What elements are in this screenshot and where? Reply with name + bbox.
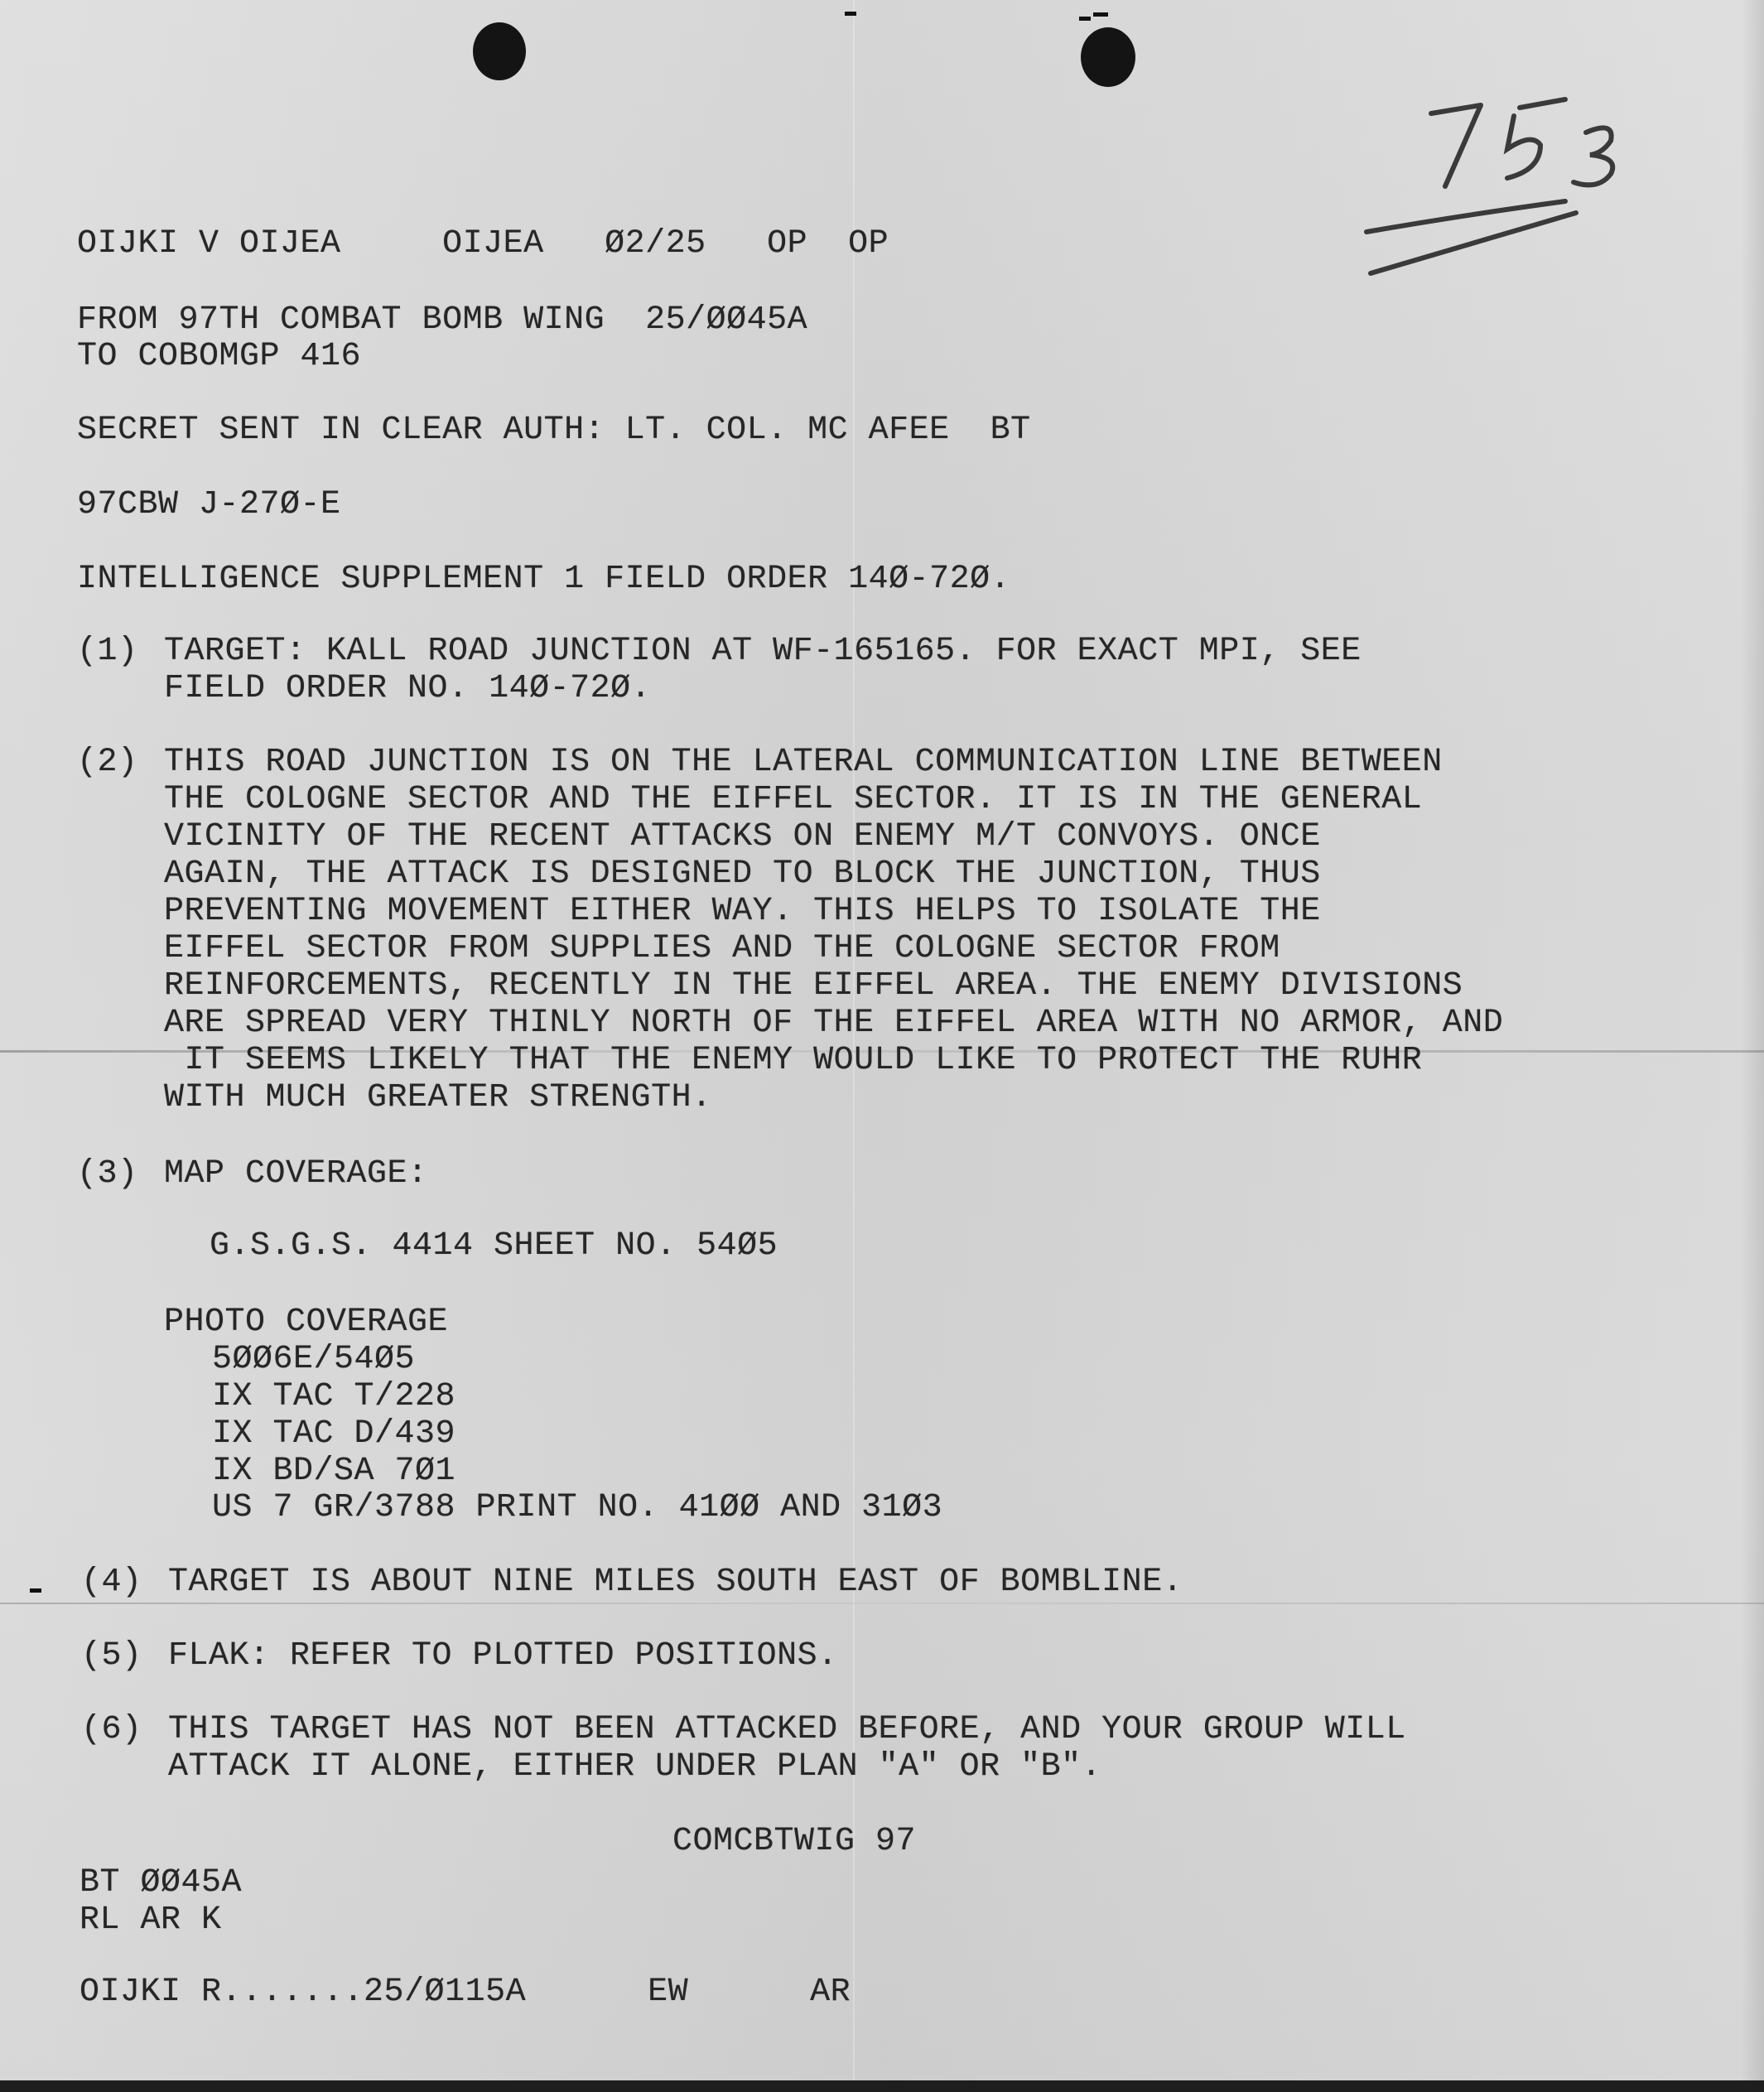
photo-coverage-entry: IX TAC T/228 — [212, 1378, 455, 1415]
item-2-line: PREVENTING MOVEMENT EITHER WAY. THIS HEL… — [164, 893, 1321, 930]
classification-line: SECRET SENT IN CLEAR AUTH: LT. COL. MC A… — [77, 412, 1031, 449]
handwritten-page-number: 753 — [1408, 95, 1656, 195]
item-2-line: ARE SPREAD VERY THINLY NORTH OF THE EIFF… — [164, 1005, 1503, 1042]
receipt-line: OIJKI R.......25/Ø115A EW AR — [80, 1974, 851, 2011]
item-6-line: THIS TARGET HAS NOT BEEN ATTACKED BEFORE… — [168, 1711, 1406, 1748]
punch-hole-left — [473, 22, 526, 80]
item-6-line: ATTACK IT ALONE, EITHER UNDER PLAN "A" O… — [168, 1748, 1101, 1786]
paper-right-edge — [1741, 0, 1764, 2092]
footer-bt: BT ØØ45A — [80, 1864, 242, 1902]
speck — [1079, 17, 1091, 21]
item-number: (5) — [81, 1637, 142, 1675]
item-number: (4) — [81, 1564, 142, 1601]
speck — [1093, 12, 1108, 17]
item-number: (3) — [77, 1155, 138, 1193]
subject-line: INTELLIGENCE SUPPLEMENT 1 FIELD ORDER 14… — [77, 561, 1010, 598]
item-2-line: IT SEEMS LIKELY THAT THE ENEMY WOULD LIK… — [164, 1042, 1422, 1079]
paper-fold-horizontal-lower — [0, 1603, 1764, 1604]
item-2-line: WITH MUCH GREATER STRENGTH. — [164, 1079, 712, 1116]
item-number: (1) — [77, 633, 138, 670]
speck — [845, 12, 856, 16]
map-sheet: G.S.G.S. 4414 SHEET NO. 54Ø5 — [210, 1227, 778, 1265]
paper-bottom-edge — [0, 2080, 1764, 2092]
item-2-line: THE COLOGNE SECTOR AND THE EIFFEL SECTOR… — [164, 781, 1422, 818]
to-line: TO COBOMGP 416 — [77, 338, 361, 375]
photo-coverage-entry: IX BD/SA 7Ø1 — [212, 1453, 455, 1490]
footer-rl: RL AR K — [80, 1902, 222, 1939]
item-2-line: AGAIN, THE ATTACK IS DESIGNED TO BLOCK T… — [164, 856, 1321, 893]
speck — [30, 1588, 41, 1593]
item-1-line: FIELD ORDER NO. 14Ø-72Ø. — [164, 670, 651, 707]
from-line: FROM 97TH COMBAT BOMB WING 25/ØØ45A — [77, 301, 807, 339]
item-number: (2) — [77, 744, 138, 781]
photo-coverage-entry: US 7 GR/3788 PRINT NO. 41ØØ AND 31Ø3 — [212, 1489, 942, 1526]
item-4-line: TARGET IS ABOUT NINE MILES SOUTH EAST OF… — [168, 1564, 1183, 1601]
photo-coverage-label: PHOTO COVERAGE — [164, 1304, 448, 1341]
item-5-line: FLAK: REFER TO PLOTTED POSITIONS. — [168, 1637, 838, 1675]
item-number: (6) — [81, 1711, 142, 1748]
signature: COMCBTWIG 97 — [672, 1823, 916, 1860]
routing-header: OIJKI V OIJEA OIJEA Ø2/25 OP OP — [77, 225, 889, 263]
photo-coverage-entry: 5ØØ6E/54Ø5 — [212, 1341, 415, 1378]
handwritten-double-underline — [1362, 195, 1594, 286]
item-1-line: TARGET: KALL ROAD JUNCTION AT WF-165165.… — [164, 633, 1362, 670]
item-2-line: THIS ROAD JUNCTION IS ON THE LATERAL COM… — [164, 744, 1443, 781]
item-2-line: VICINITY OF THE RECENT ATTACKS ON ENEMY … — [164, 818, 1321, 856]
reference-number: 97CBW J-27Ø-E — [77, 486, 341, 523]
item-2-line: REINFORCEMENTS, RECENTLY IN THE EIFFEL A… — [164, 967, 1463, 1005]
item-3-line: MAP COVERAGE: — [164, 1155, 428, 1193]
punch-hole-right — [1081, 27, 1135, 87]
photo-coverage-entry: IX TAC D/439 — [212, 1415, 455, 1453]
item-2-line: EIFFEL SECTOR FROM SUPPLIES AND THE COLO… — [164, 930, 1280, 967]
